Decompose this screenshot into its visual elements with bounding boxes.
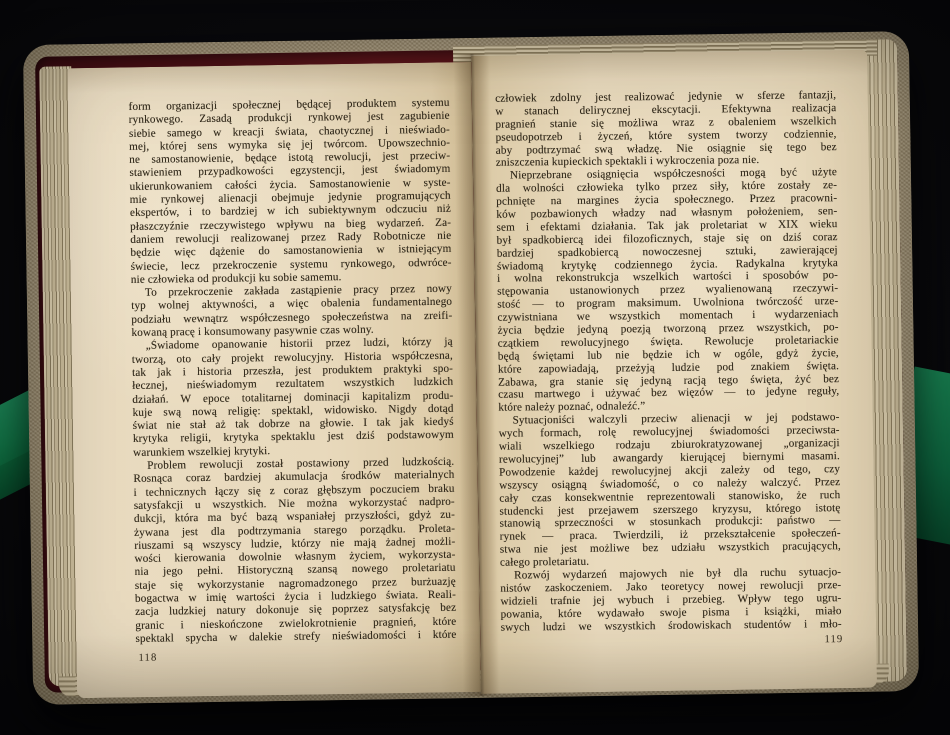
page-right-text: człowiek zdolny jest realizować jedynie … xyxy=(495,89,842,634)
photo-background: form organizacji społecznej będącej prod… xyxy=(0,0,950,735)
open-book: form organizacji społecznej będącej prod… xyxy=(23,31,919,705)
page-left-text: form organizacji społecznej będącej prod… xyxy=(128,97,456,646)
